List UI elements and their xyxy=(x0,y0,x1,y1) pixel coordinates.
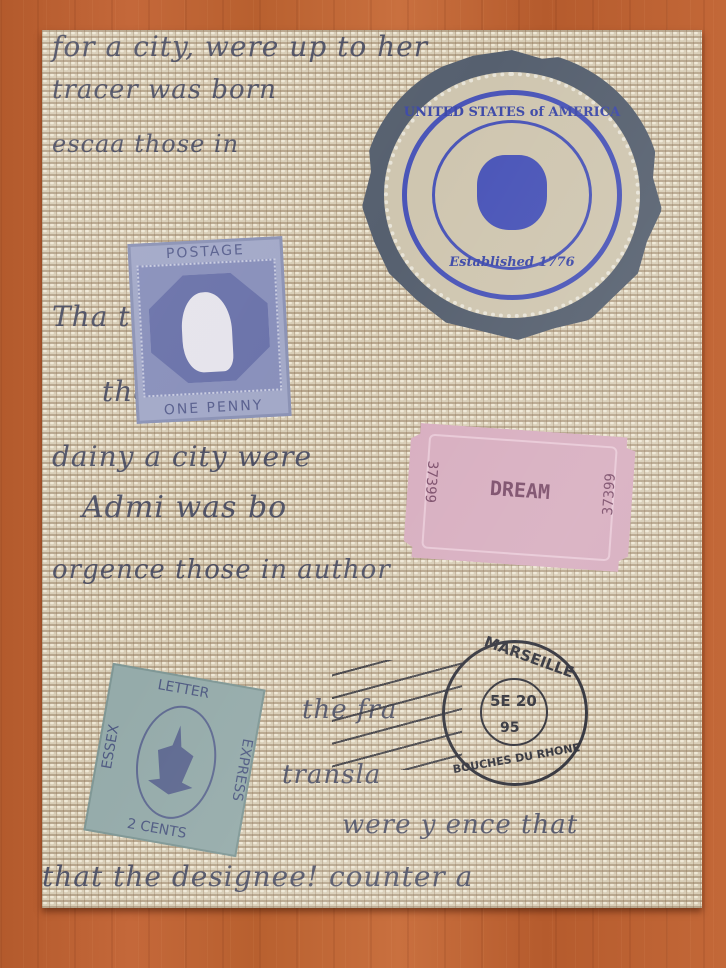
plastic-wrap xyxy=(42,30,702,908)
decorative-box: for a city, were up to her tracer was bo… xyxy=(42,30,702,908)
